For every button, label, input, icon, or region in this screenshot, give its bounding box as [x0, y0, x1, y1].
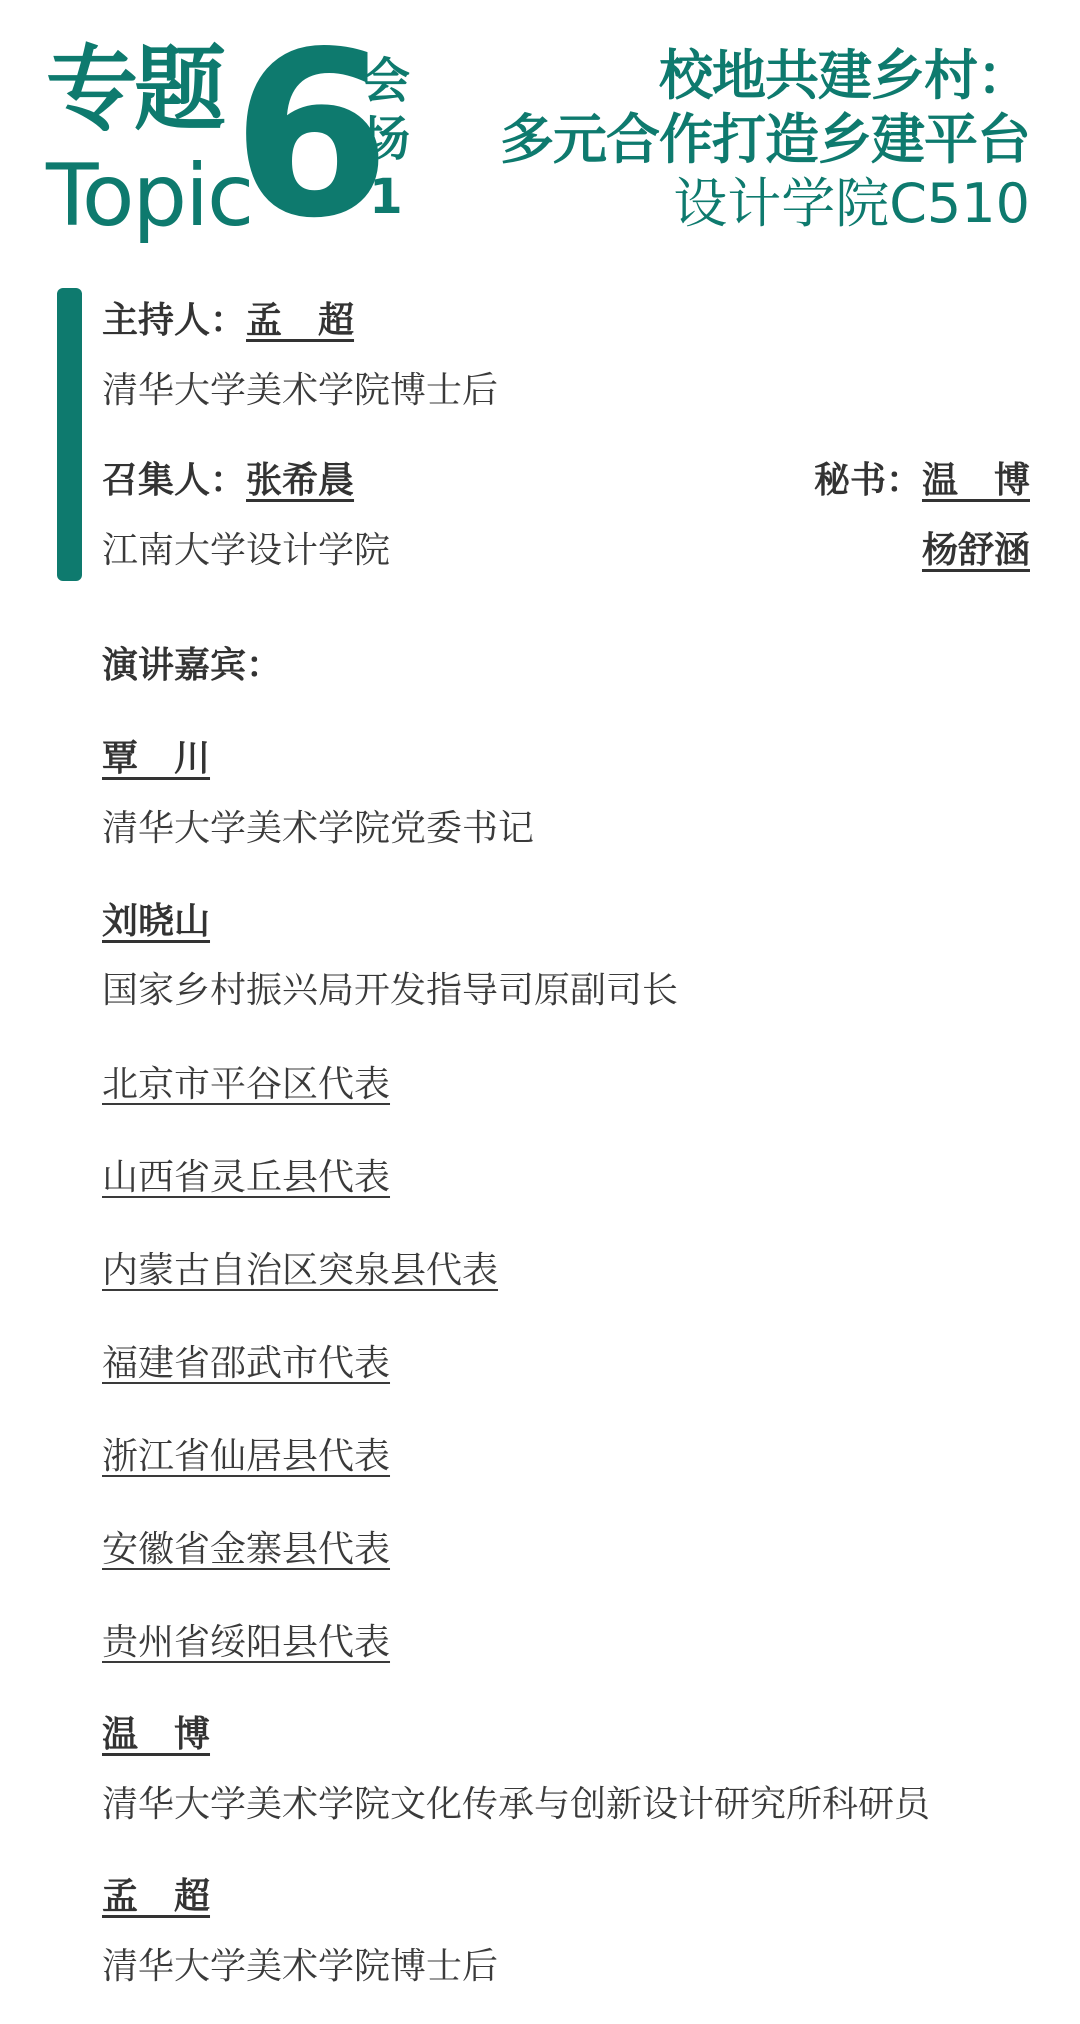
- speaker-affiliation: 清华大学美术学院文化传承与创新设计研究所科研员: [102, 1782, 930, 1828]
- venue-char: 场: [358, 110, 414, 168]
- speaker-affiliation: 国家乡村振兴局开发指导司原副司长: [102, 968, 678, 1014]
- speaker-affiliation: 清华大学美术学院党委书记: [102, 806, 534, 852]
- secretary-label: 秘书：: [814, 460, 922, 501]
- host-line: 主持人：孟 超: [102, 298, 354, 344]
- speaker-name: 覃 川: [102, 736, 210, 782]
- accent-bar: [57, 288, 82, 581]
- session-room: 设计学院C510: [673, 172, 1030, 236]
- secretary-name[interactable]: 杨舒涵: [922, 530, 1030, 571]
- representative-link[interactable]: 北京市平谷区代表: [102, 1062, 390, 1108]
- convener-label: 召集人：: [102, 460, 246, 501]
- host-name[interactable]: 孟 超: [246, 300, 354, 341]
- speaker-name-link[interactable]: 覃 川: [102, 738, 210, 779]
- representative-link[interactable]: 福建省邵武市代表: [102, 1341, 390, 1387]
- session-title-line1: 校地共建乡村：: [659, 44, 1030, 108]
- session-title-line2: 多元合作打造乡建平台: [500, 108, 1030, 172]
- convener-line: 召集人：张希晨: [102, 458, 354, 504]
- representative-link[interactable]: 内蒙古自治区突泉县代表: [102, 1248, 498, 1294]
- speaker-name-link[interactable]: 孟 超: [102, 1876, 210, 1917]
- secretary-name[interactable]: 温 博: [922, 460, 1030, 501]
- speaker-name: 温 博: [102, 1712, 210, 1758]
- convener-affiliation: 江南大学设计学院: [102, 528, 390, 574]
- speakers-heading: 演讲嘉宾：: [102, 643, 282, 689]
- representative-link[interactable]: 贵州省绥阳县代表: [102, 1620, 390, 1666]
- topic-label-cn: 专题: [46, 40, 222, 140]
- speaker-name: 孟 超: [102, 1874, 210, 1920]
- venue-char: 会: [358, 52, 414, 110]
- speaker-name-link[interactable]: 刘晓山: [102, 901, 210, 942]
- representative-link[interactable]: 安徽省金寨县代表: [102, 1527, 390, 1573]
- host-affiliation: 清华大学美术学院博士后: [102, 368, 498, 414]
- secretary-line: 秘书：温 博: [814, 458, 1030, 504]
- topic-label-en: Topic: [46, 148, 252, 244]
- host-label: 主持人：: [102, 300, 246, 341]
- venue-label: 会 场 1: [358, 52, 414, 226]
- convener-name[interactable]: 张希晨: [246, 460, 354, 501]
- speaker-affiliation: 清华大学美术学院博士后: [102, 1944, 498, 1990]
- speaker-name: 刘晓山: [102, 899, 210, 945]
- venue-number: 1: [358, 168, 414, 226]
- representative-link[interactable]: 山西省灵丘县代表: [102, 1155, 390, 1201]
- speaker-name-link[interactable]: 温 博: [102, 1714, 210, 1755]
- secretary-line-2: 杨舒涵: [922, 528, 1030, 574]
- representative-link[interactable]: 浙江省仙居县代表: [102, 1434, 390, 1480]
